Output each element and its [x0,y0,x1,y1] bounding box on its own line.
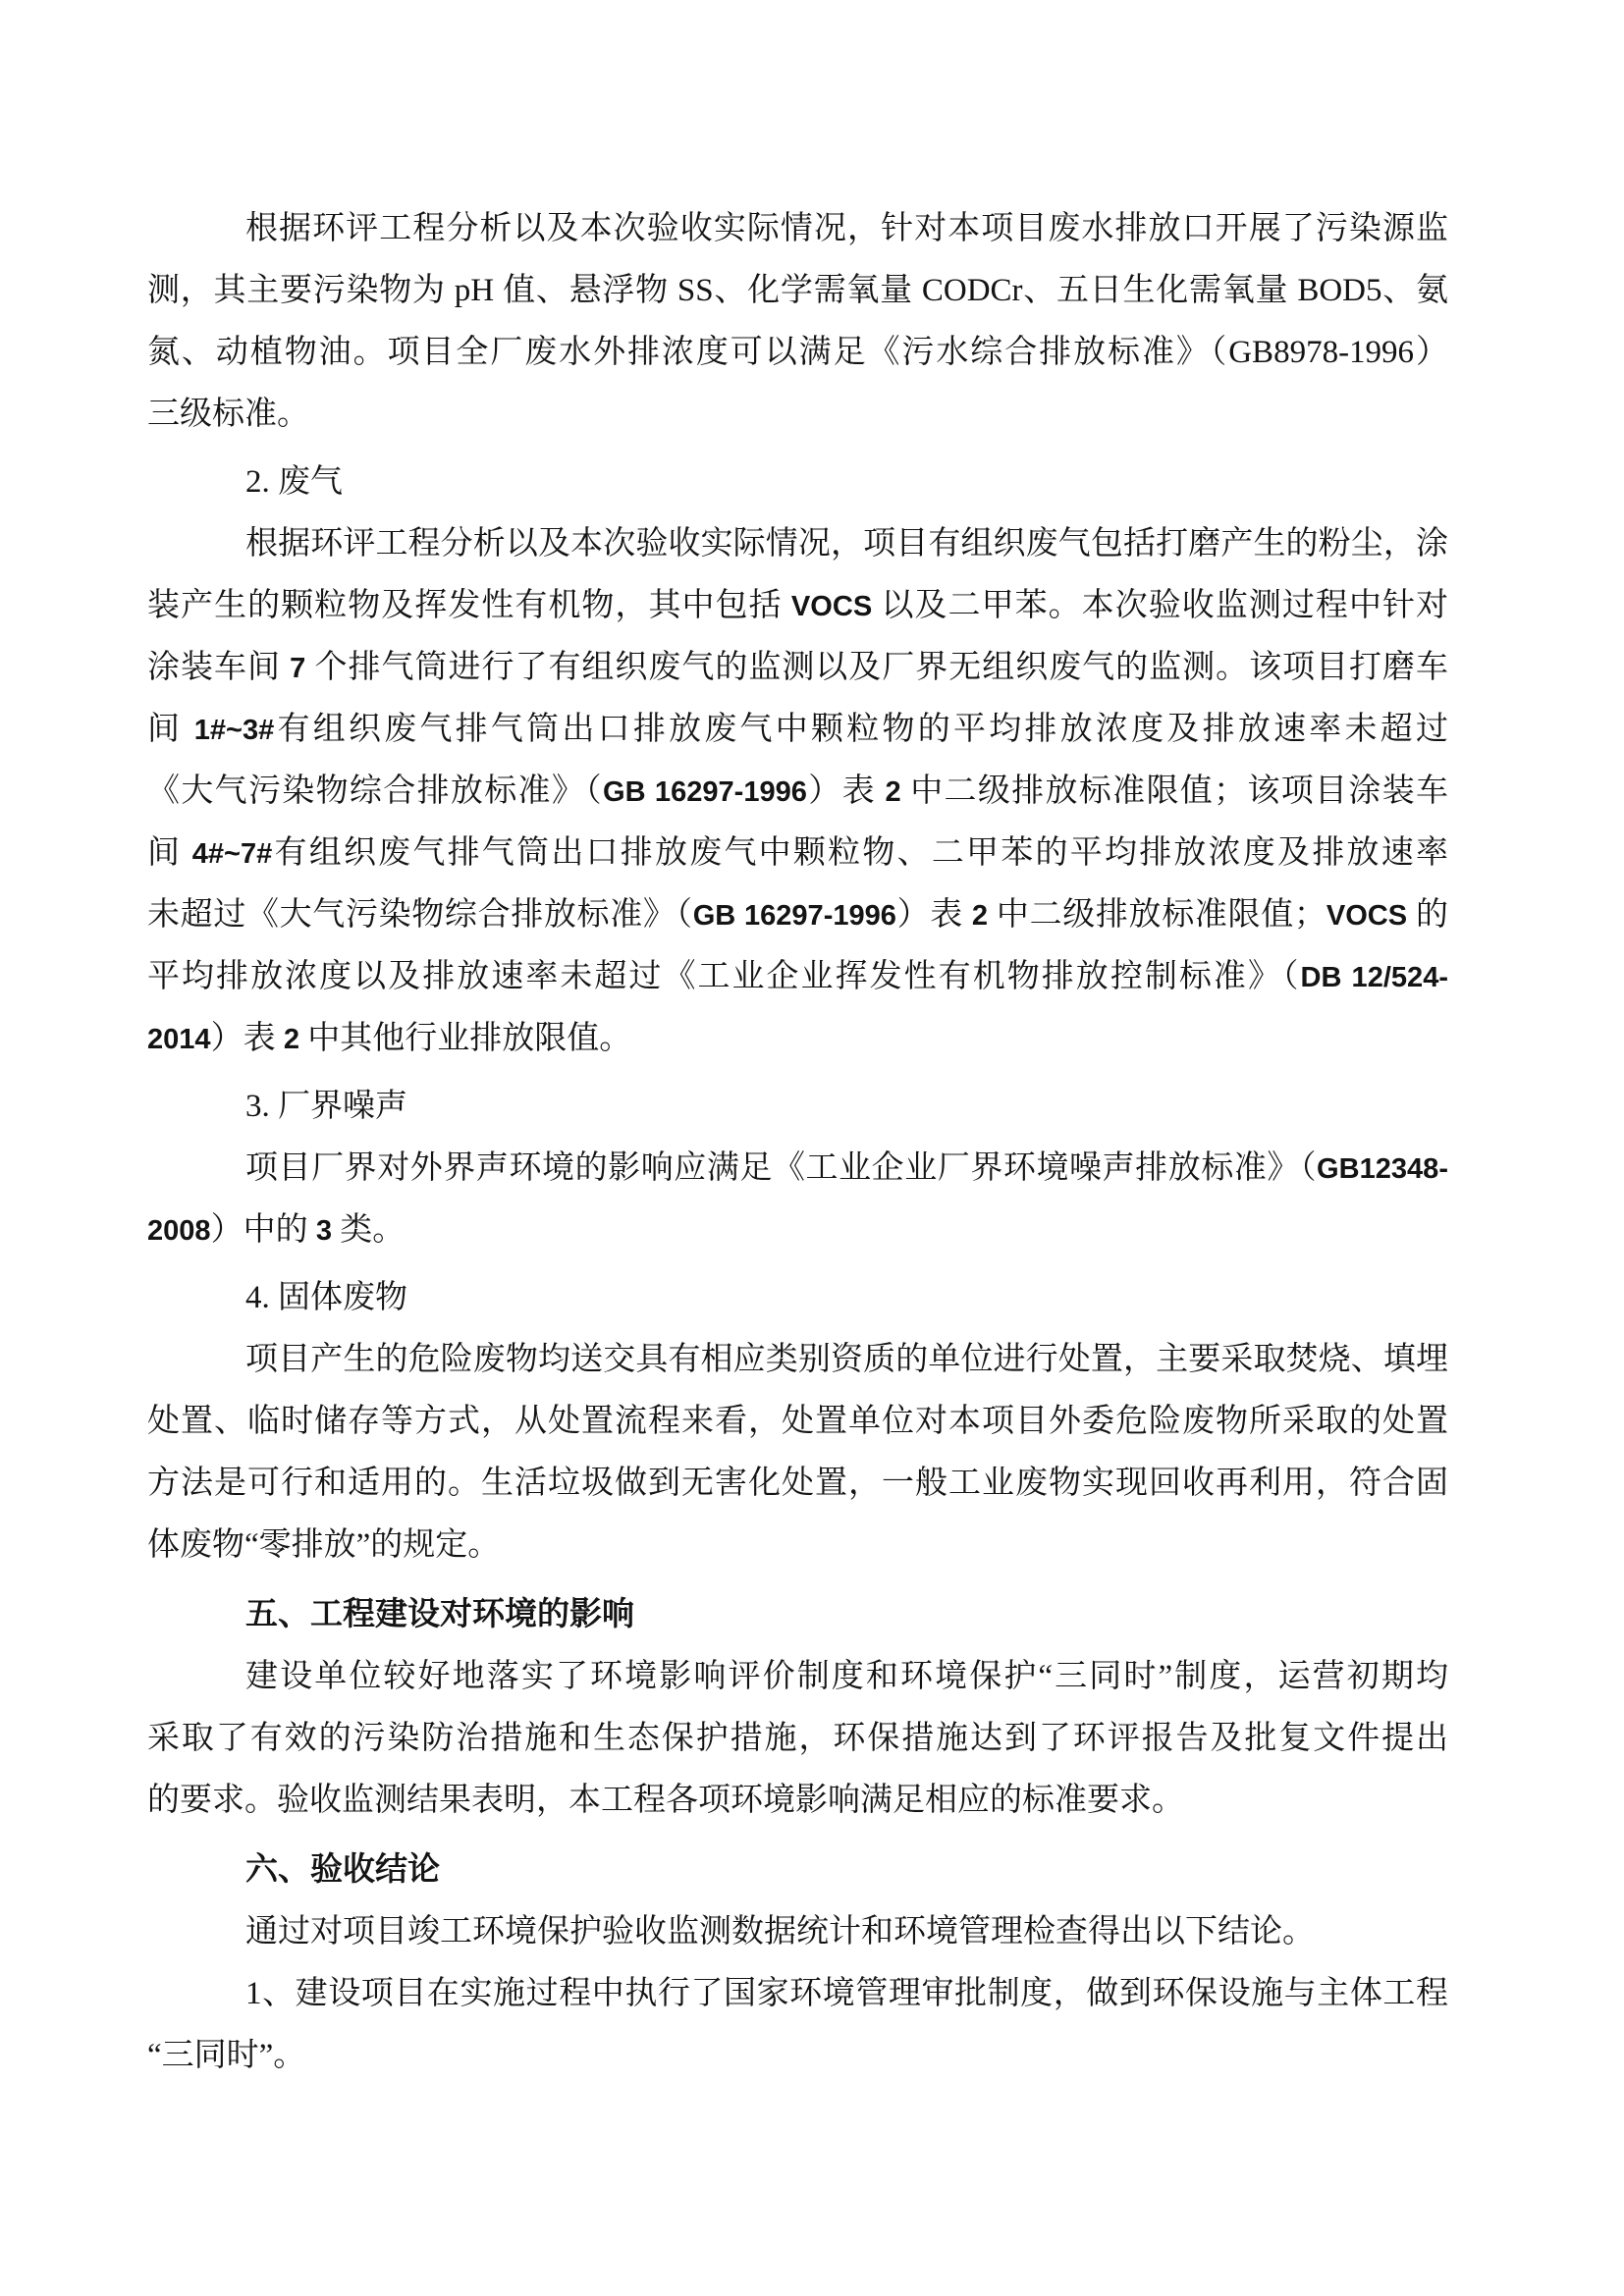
text-segment-latin: GB 16297-1996 [693,900,896,932]
text-segment: 装产生的颗粒物及挥发性有机物，其中包括 [147,588,791,623]
text-segment: ）表 [896,897,972,933]
section-heading: 3. 厂界噪声 [147,1076,1448,1138]
text-line: 处置、临时储存等方式，从处置流程来看，处置单位对本项目外委危险废物所采取的处置 [147,1391,1448,1453]
text-line: 涂装车间 7 个排气筒进行了有组织废气的监测以及厂界无组织废气的监测。该项目打磨… [147,637,1448,699]
text-line: 根据环评工程分析以及本次验收实际情况，项目有组织废气包括打磨产生的粉尘，涂 [147,513,1448,575]
text-segment: 中二级排放标准限值；该项目涂装车 [901,774,1448,809]
text-segment: 间 [147,712,194,747]
text-segment-latin: VOCS [791,591,872,622]
text-segment: 根据环评工程分析以及本次验收实际情况，针对本项目废水排放口开展了污染源监 [245,211,1448,246]
chapter-heading: 五、工程建设对环境的影响 [147,1584,1448,1646]
text-segment: 有组织废气排气筒出口排放废气中颗粒物、二甲苯的平均排放浓度及排放速率 [272,835,1448,871]
text-segment: 采取了有效的污染防治措施和生态保护措施，环保措施达到了环评报告及批复文件提出 [147,1721,1448,1756]
text-segment-latin: 2 [972,900,988,932]
text-line: 根据环评工程分析以及本次验收实际情况，针对本项目废水排放口开展了污染源监 [147,198,1448,260]
text-segment: 氮、动植物油。项目全厂废水外排浓度可以满足《污水综合排放标准》（GB8978-1… [147,335,1448,370]
text-segment-latin: 7 [290,653,305,684]
text-segment-latin: GB 16297-1996 [603,776,807,808]
text-segment: 1、建设项目在实施过程中执行了国家环境管理审批制度，做到环保设施与主体工程 [245,1976,1448,2011]
text-segment: 方法是可行和适用的。生活垃圾做到无害化处置，一般工业废物实现回收再利用，符合固 [147,1466,1448,1501]
text-line: 间 1#~3#有组织废气排气筒出口排放废气中颗粒物的平均排放浓度及排放速率未超过 [147,699,1448,761]
text-segment: 涂装车间 [147,650,290,685]
text-segment-latin: 1#~3# [194,715,275,746]
paragraph: 项目厂界对外界声环境的影响应满足《工业企业厂界环境噪声排放标准》（GB12348… [147,1138,1448,1261]
text-line: 方法是可行和适用的。生活垃圾做到无害化处置，一般工业废物实现回收再利用，符合固 [147,1453,1448,1515]
text-line: 项目产生的危险废物均送交具有相应类别资质的单位进行处置，主要采取焚烧、填埋 [147,1329,1448,1391]
text-segment: 项目厂界对外界声环境的影响应满足《工业企业厂界环境噪声排放标准》（ [245,1150,1317,1186]
text-line: 三级标准。 [147,384,1448,446]
text-segment-latin: 3 [316,1215,332,1247]
text-segment: 项目产生的危险废物均送交具有相应类别资质的单位进行处置，主要采取焚烧、填埋 [245,1342,1448,1377]
text-line: 建设单位较好地落实了环境影响评价制度和环境保护“三同时”制度，运营初期均 [147,1646,1448,1708]
paragraph: 根据环评工程分析以及本次验收实际情况，针对本项目废水排放口开展了污染源监测，其主… [147,198,1448,446]
text-segment-latin: 4#~7# [192,838,273,870]
text-line: 2008）中的 3 类。 [147,1200,1448,1261]
text-segment: 的 [1407,897,1448,933]
text-segment: 间 [147,835,192,871]
text-segment-latin: 2 [885,776,900,808]
text-segment: “三同时”。 [147,2038,305,2073]
text-segment: 未超过《大气污染物综合排放标准》（ [147,897,693,933]
text-line: 体废物“零排放”的规定。 [147,1515,1448,1576]
text-line: 平均排放浓度以及排放速率未超过《工业企业挥发性有机物排放控制标准》（DB 12/… [147,946,1448,1008]
text-line: “三同时”。 [147,2025,1448,2087]
text-segment-latin: 2008 [147,1215,211,1247]
text-segment-latin: DB 12/524- [1301,962,1449,993]
text-segment: 三级标准。 [147,397,309,432]
paragraph: 根据环评工程分析以及本次验收实际情况，项目有组织废气包括打磨产生的粉尘，涂装产生… [147,513,1448,1070]
section-heading: 2. 废气 [147,452,1448,513]
chapter-heading: 六、验收结论 [147,1840,1448,1901]
text-segment: 通过对项目竣工环境保护验收监测数据统计和环境管理检查得出以下结论。 [245,1914,1315,1949]
paragraph: 项目产生的危险废物均送交具有相应类别资质的单位进行处置，主要采取焚烧、填埋处置、… [147,1329,1448,1576]
text-segment: 处置、临时储存等方式，从处置流程来看，处置单位对本项目外委危险废物所采取的处置 [147,1404,1448,1439]
section-heading: 4. 固体废物 [147,1267,1448,1329]
text-segment: 《大气污染物综合排放标准》（ [147,774,603,809]
paragraph: 通过对项目竣工环境保护验收监测数据统计和环境管理检查得出以下结论。 [147,1901,1448,1963]
document-page: 根据环评工程分析以及本次验收实际情况，针对本项目废水排放口开展了污染源监测，其主… [0,0,1624,2296]
text-segment: 根据环评工程分析以及本次验收实际情况，项目有组织废气包括打磨产生的粉尘，涂 [245,526,1448,561]
text-line: 氮、动植物油。项目全厂废水外排浓度可以满足《污水综合排放标准》（GB8978-1… [147,322,1448,384]
text-line: 的要求。验收监测结果表明，本工程各项环境影响满足相应的标准要求。 [147,1770,1448,1832]
text-segment: 个排气筒进行了有组织废气的监测以及厂界无组织废气的监测。该项目打磨车 [305,650,1448,685]
text-line: 装产生的颗粒物及挥发性有机物，其中包括 VOCS 以及二甲苯。本次验收监测过程中… [147,575,1448,637]
text-segment-latin: 2 [284,1024,299,1055]
text-segment: 的要求。验收监测结果表明，本工程各项环境影响满足相应的标准要求。 [147,1783,1184,1818]
text-segment: 测，其主要污染物为 pH 值、悬浮物 SS、化学需氧量 CODCr、五日生化需氧… [147,273,1448,308]
text-segment: 体废物“零排放”的规定。 [147,1527,500,1563]
text-line: 未超过《大气污染物综合排放标准》（GB 16297-1996）表 2 中二级排放… [147,884,1448,946]
text-line: 采取了有效的污染防治措施和生态保护措施，环保措施达到了环评报告及批复文件提出 [147,1708,1448,1770]
text-line: 《大气污染物综合排放标准》（GB 16297-1996）表 2 中二级排放标准限… [147,761,1448,823]
text-segment: 平均排放浓度以及排放速率未超过《工业企业挥发性有机物排放控制标准》（ [147,959,1301,994]
text-segment: ）表 [807,774,886,809]
text-line: 2014）表 2 中其他行业排放限值。 [147,1008,1448,1070]
text-segment: 以及二甲苯。本次验收监测过程中针对 [872,588,1448,623]
text-segment: 有组织废气排气筒出口排放废气中颗粒物的平均排放浓度及排放速率未超过 [274,712,1448,747]
text-segment: ）表 [211,1021,284,1056]
text-line: 间 4#~7#有组织废气排气筒出口排放废气中颗粒物、二甲苯的平均排放浓度及排放速… [147,823,1448,884]
text-segment-latin: 2014 [147,1024,211,1055]
text-segment: 建设单位较好地落实了环境影响评价制度和环境保护“三同时”制度，运营初期均 [245,1659,1448,1694]
text-line: 通过对项目竣工环境保护验收监测数据统计和环境管理检查得出以下结论。 [147,1901,1448,1963]
text-segment: ）中的 [211,1212,316,1248]
text-segment: 中二级排放标准限值； [988,897,1326,933]
text-segment: 中其他行业排放限值。 [299,1021,631,1056]
text-line: 测，其主要污染物为 pH 值、悬浮物 SS、化学需氧量 CODCr、五日生化需氧… [147,260,1448,322]
text-segment: 类。 [332,1212,405,1248]
text-line: 项目厂界对外界声环境的影响应满足《工业企业厂界环境噪声排放标准》（GB12348… [147,1138,1448,1200]
text-segment-latin: GB12348- [1317,1153,1448,1185]
text-segment-latin: VOCS [1326,900,1407,932]
text-line: 1、建设项目在实施过程中执行了国家环境管理审批制度，做到环保设施与主体工程 [147,1963,1448,2025]
paragraph: 建设单位较好地落实了环境影响评价制度和环境保护“三同时”制度，运营初期均采取了有… [147,1646,1448,1832]
paragraph: 1、建设项目在实施过程中执行了国家环境管理审批制度，做到环保设施与主体工程“三同… [147,1963,1448,2087]
